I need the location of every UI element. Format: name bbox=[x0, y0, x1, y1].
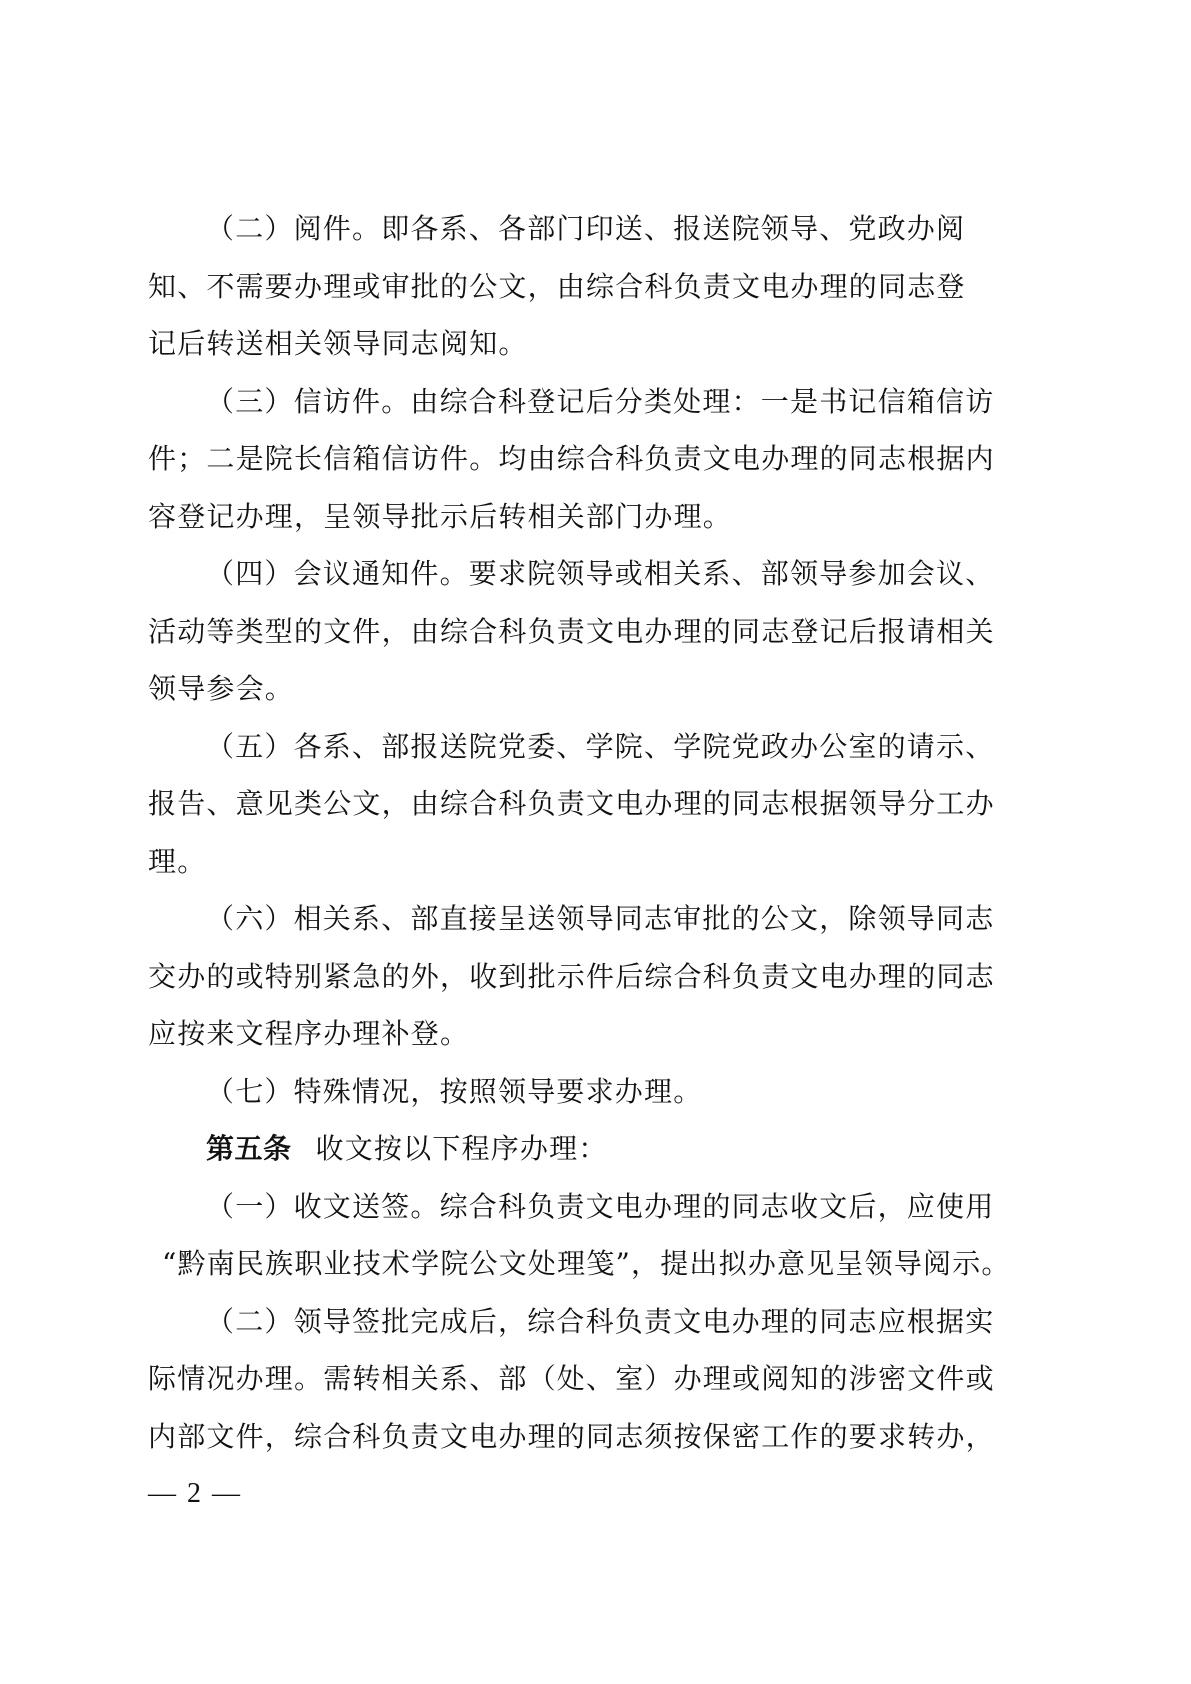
text-line: 记后转送相关领导同志阅知。 bbox=[148, 315, 972, 373]
text-line: （七）特殊情况，按照领导要求办理。 bbox=[148, 1063, 972, 1121]
text-line: 件；二是院长信箱信访件。均由综合科负责文电办理的同志根据内 bbox=[148, 430, 972, 488]
text-line: 际情况办理。需转相关系、部（处、室）办理或阅知的涉密文件或 bbox=[148, 1350, 972, 1408]
paragraph-item-6: （六）相关系、部直接呈送领导同志审批的公文，除领导同志 交办的或特别紧急的外，收… bbox=[148, 890, 972, 1063]
document-page: （二）阅件。即各系、各部门印送、报送院领导、党政办阅 知、不需要办理或审批的公文… bbox=[148, 200, 972, 1465]
text-line: 报告、意见类公文，由综合科负责文电办理的同志根据领导分工办 bbox=[148, 775, 972, 833]
paragraph-item-5: （五）各系、部报送院党委、学院、学院党政办公室的请示、 报告、意见类公文，由综合… bbox=[148, 718, 972, 891]
paragraph-item-2: （二）阅件。即各系、各部门印送、报送院领导、党政办阅 知、不需要办理或审批的公文… bbox=[148, 200, 972, 373]
text-line: （三）信访件。由综合科登记后分类处理：一是书记信箱信访 bbox=[148, 373, 972, 431]
paragraph-item-3: （三）信访件。由综合科登记后分类处理：一是书记信箱信访 件；二是院长信箱信访件。… bbox=[148, 373, 972, 546]
paragraph-item-4: （四）会议通知件。要求院领导或相关系、部领导参加会议、 活动等类型的文件，由综合… bbox=[148, 545, 972, 718]
text-line: （一）收文送签。综合科负责文电办理的同志收文后，应使用 bbox=[148, 1178, 972, 1236]
text-line: （二）领导签批完成后，综合科负责文电办理的同志应根据实 bbox=[148, 1293, 972, 1351]
paragraph-article-5-item-2: （二）领导签批完成后，综合科负责文电办理的同志应根据实 际情况办理。需转相关系、… bbox=[148, 1293, 972, 1466]
text-line: 第五条收文按以下程序办理： bbox=[148, 1120, 972, 1178]
text-line: 容登记办理，呈领导批示后转相关部门办理。 bbox=[148, 488, 972, 546]
article-text: 收文按以下程序办理： bbox=[316, 1132, 608, 1165]
paragraph-article-5-item-1: （一）收文送签。综合科负责文电办理的同志收文后，应使用 “黔南民族职业技术学院公… bbox=[148, 1178, 972, 1293]
text-line: （四）会议通知件。要求院领导或相关系、部领导参加会议、 bbox=[148, 545, 972, 603]
text-line: （六）相关系、部直接呈送领导同志审批的公文，除领导同志 bbox=[148, 890, 972, 948]
page-number: — 2 — bbox=[148, 1478, 242, 1510]
text-line: （五）各系、部报送院党委、学院、学院党政办公室的请示、 bbox=[148, 718, 972, 776]
article-heading: 第五条 bbox=[206, 1132, 292, 1165]
paragraph-item-7: （七）特殊情况，按照领导要求办理。 bbox=[148, 1063, 972, 1121]
text-line: 应按来文程序办理补登。 bbox=[148, 1005, 972, 1063]
article-5: 第五条收文按以下程序办理： bbox=[148, 1120, 972, 1178]
text-line: 理。 bbox=[148, 833, 972, 891]
text-line: 知、不需要办理或审批的公文，由综合科负责文电办理的同志登 bbox=[148, 258, 972, 316]
text-line: 交办的或特别紧急的外，收到批示件后综合科负责文电办理的同志 bbox=[148, 948, 972, 1006]
text-line: （二）阅件。即各系、各部门印送、报送院领导、党政办阅 bbox=[148, 200, 972, 258]
text-line: 领导参会。 bbox=[148, 660, 972, 718]
text-line: 内部文件，综合科负责文电办理的同志须按保密工作的要求转办， bbox=[148, 1408, 972, 1466]
text-line: “黔南民族职业技术学院公文处理笺”，提出拟办意见呈领导阅示。 bbox=[148, 1235, 972, 1293]
text-line: 活动等类型的文件，由综合科负责文电办理的同志登记后报请相关 bbox=[148, 603, 972, 661]
